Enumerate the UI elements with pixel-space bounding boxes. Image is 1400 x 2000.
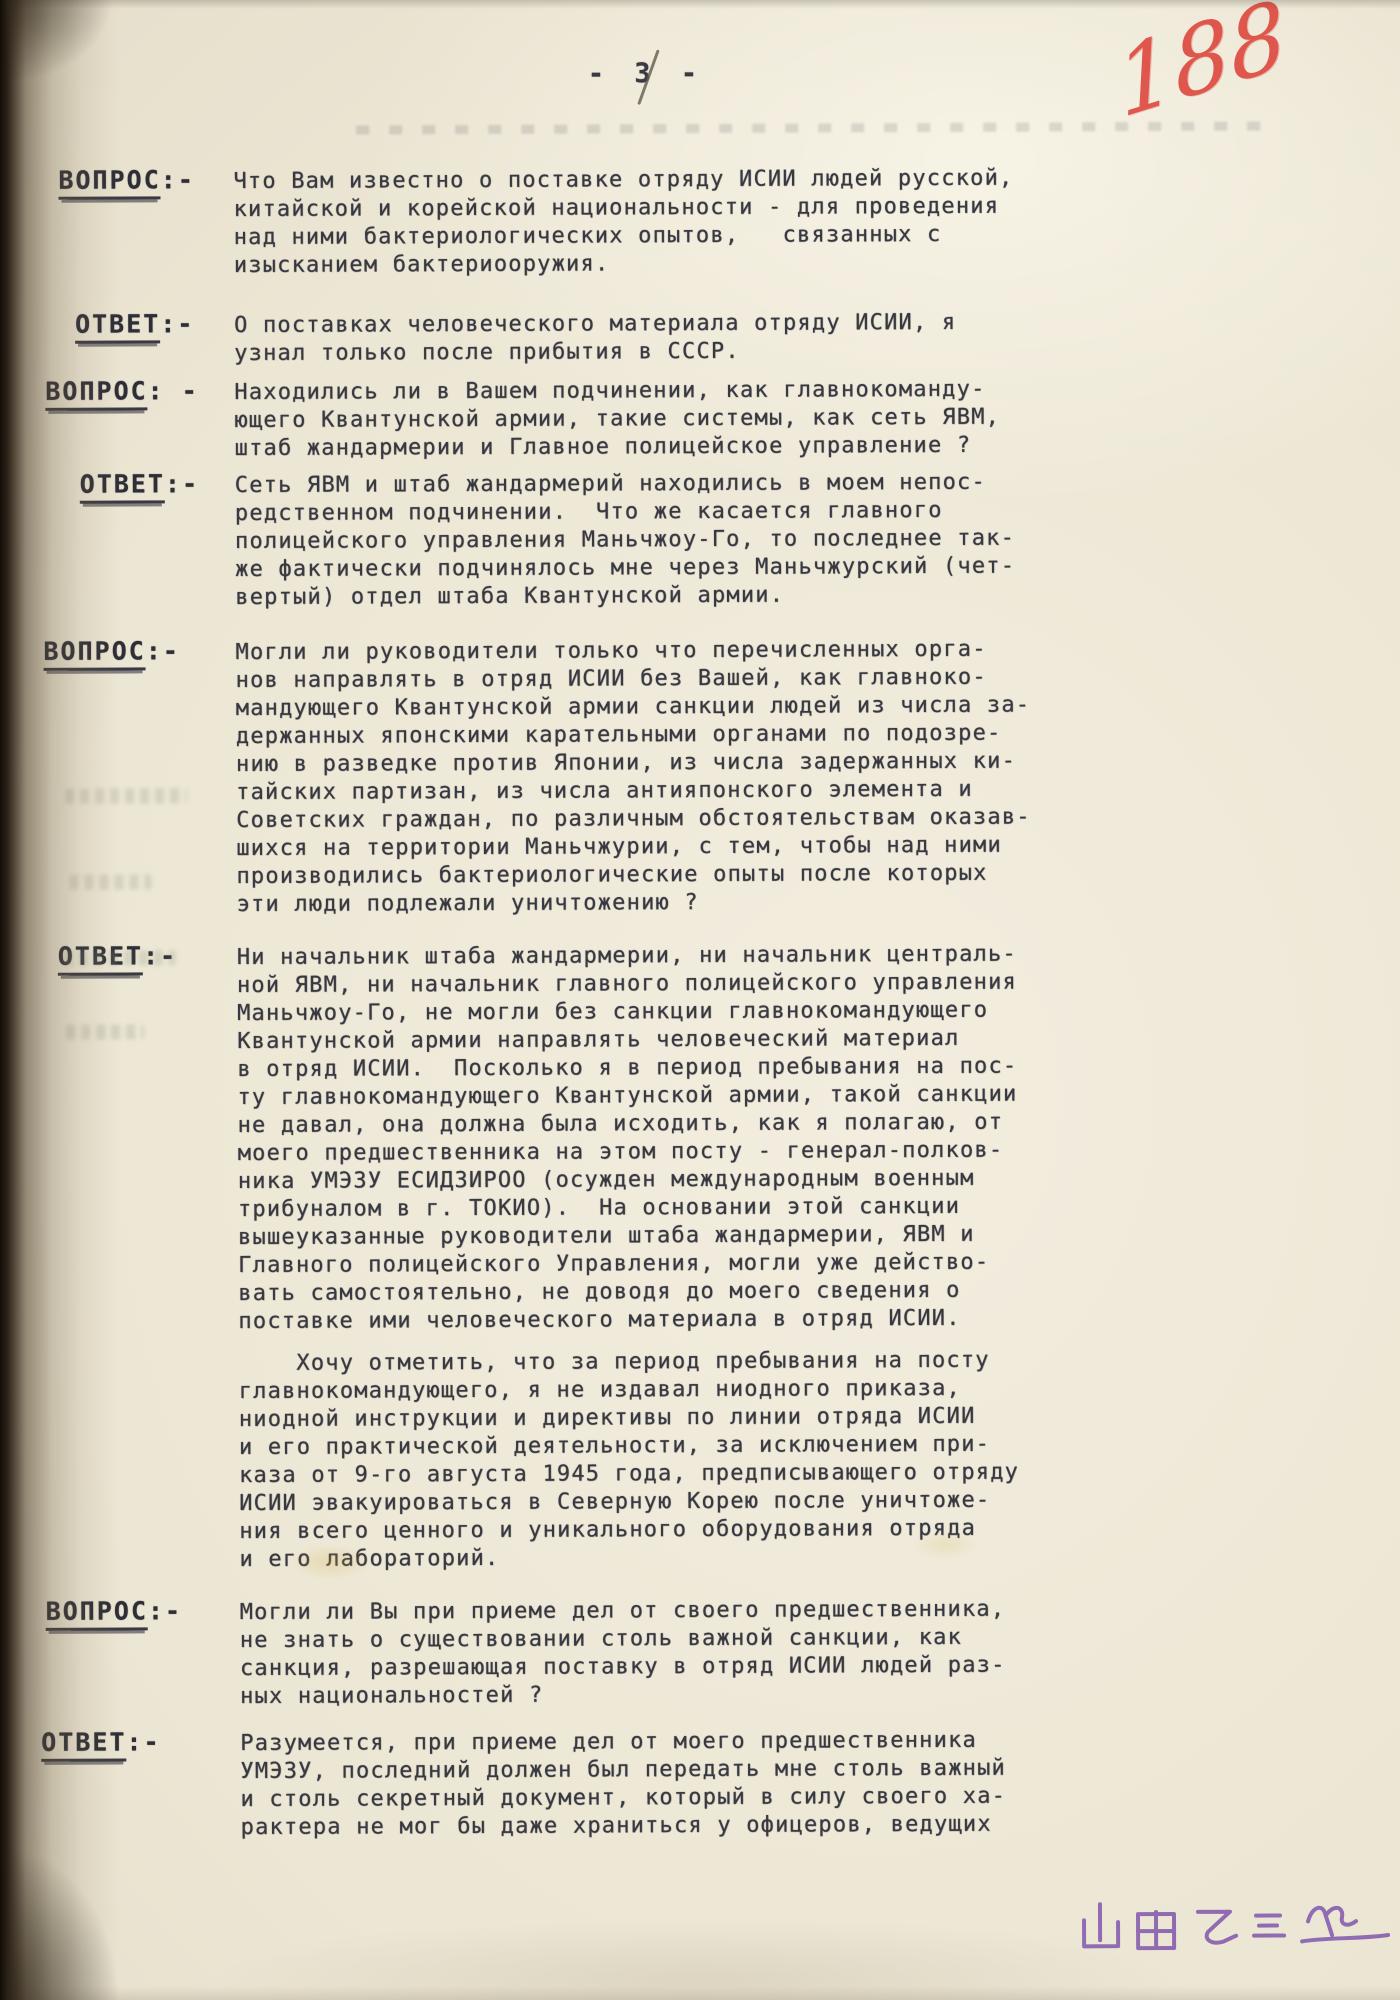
question-text: Находились ли в Вашем подчинении, как гл… [234, 375, 1114, 463]
qa-block-question-1: ВОПРОС:- Что Вам известно о поставке отр… [0, 164, 1126, 169]
bleedthrough-ghost-mark [66, 1024, 144, 1039]
yamada-otozo-signature-icon [1076, 1887, 1396, 1980]
answer-text: Разумеется, при приеме дел от моего пред… [240, 1726, 1120, 1842]
qa-block-answer-4: ОТВЕТ:- Разумеется, при приеме дел от мо… [3, 1726, 1133, 1731]
question-label: ВОПРОС:- [43, 636, 180, 666]
bleedthrough-ghost-mark [69, 874, 151, 889]
question-label: ВОПРОС:- [46, 1596, 183, 1626]
handwritten-folio-number: 188 [1111, 0, 1292, 139]
question-text: Что Вам известно о поставке отряду ИСИИ … [233, 164, 1113, 280]
qa-block-answer-1: ОТВЕТ:- О поставках человеческого матери… [0, 308, 1127, 313]
answer-text: О поставках человеческого материала отря… [234, 308, 1114, 368]
qa-block-question-3: ВОПРОС:- Могли ли руководители только чт… [0, 635, 1128, 640]
question-label: ВОПРОС:- [58, 165, 195, 195]
answer-label: ОТВЕТ:- [41, 1727, 161, 1757]
question-text: Могли ли руководители только что перечис… [235, 635, 1116, 919]
qa-block-question-2: ВОПРОС: - Находились ли в Вашем подчинен… [0, 375, 1127, 380]
qa-block-answer-2: ОТВЕТ:- Сеть ЯВМ и штаб жандармерий нахо… [0, 468, 1128, 473]
bleedthrough-ghost-mark [64, 950, 176, 965]
answer-text: Сеть ЯВМ и штаб жандармерий находились в… [235, 468, 1116, 612]
qa-block-answer-3-continued: Хочу отметить, что за период пребывания … [2, 1346, 1132, 1351]
question-text: Могли ли Вы при приеме дел от своего пре… [240, 1595, 1120, 1711]
document-page: - 3 - 188 ВОПРОС:- Что Вам известно о по… [0, 0, 1400, 2000]
answer-label: ОТВЕТ:- [75, 309, 195, 339]
qa-block-question-4: ВОПРОС:- Могли ли Вы при приеме дел от с… [3, 1595, 1133, 1600]
typewritten-content: - 3 - 188 ВОПРОС:- Что Вам известно о по… [0, 0, 1400, 2000]
answer-label: ОТВЕТ:- [80, 469, 200, 499]
answer-text: Ни начальник штаба жандармерии, ни начал… [237, 940, 1119, 1336]
answer-text-continued: Хочу отметить, что за период пребывания … [239, 1346, 1120, 1574]
qa-block-answer-3: ОТВЕТ:- Ни начальник штаба жандармерии, … [0, 940, 1130, 945]
bleedthrough-ghost-mark [65, 788, 187, 804]
question-label: ВОПРОС: - [45, 376, 199, 406]
